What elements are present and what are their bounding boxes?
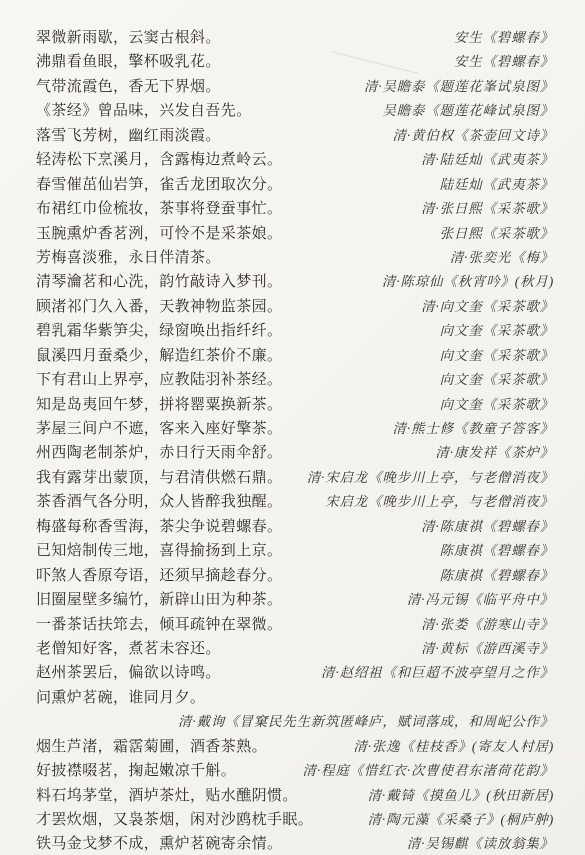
verse-text: 赵州茶罢后，偏欲以诗鸣。 [36, 661, 221, 682]
source-attribution: 清·陆廷灿《武夷茶》 [421, 148, 554, 168]
source-attribution: 向文奎《采茶歌》 [440, 319, 554, 339]
poem-row: 下有君山上界亭，应教陆羽补茶经。向文奎《采茶歌》 [36, 368, 554, 392]
source-attribution: 清·陈康祺《碧螺春》 [421, 515, 554, 535]
verse-text: 老僧知好客，煮茗未容还。 [36, 637, 221, 658]
verse-text: 料石坞茅堂，酒垆茶灶，贴水醮阴惯。 [36, 784, 298, 805]
verse-text: 翠微新雨歇，云窦古根斜。 [36, 26, 221, 47]
poem-row: 落雪飞芳树，幽红雨淡霞。清·黄伯权《茶壶回文诗》 [36, 124, 554, 148]
poem-row: 玉腕熏炉香茗洌，可怜不是采茶娘。张日熙《采茶歌》 [36, 222, 554, 246]
source-attribution: 安生《碧螺春》 [454, 26, 554, 46]
poem-row: 问熏炉茗碗，谁同月夕。 [36, 686, 554, 710]
verse-text: 春雪催茁仙岩笋，雀舌龙团取次分。 [36, 173, 282, 194]
verse-text: 才罢炊烟，又袅茶烟，闲对沙鸥枕手眠。 [36, 808, 313, 829]
poem-row: 碧乳霜华紫笋尖，绿窗唤出指纤纤。向文奎《采茶歌》 [36, 319, 554, 343]
poem-row: 顾渚祁门久入番，天教神物监茶园。清·向文奎《采茶歌》 [36, 295, 554, 319]
source-attribution: 向文奎《采茶歌》 [440, 344, 554, 364]
poem-row: 旧圈屋壁多编竹，新辟山田为种茶。清·冯元锡《临平舟中》 [36, 588, 554, 612]
verse-text: 旧圈屋壁多编竹，新辟山田为种茶。 [36, 588, 282, 609]
poem-row: 春雪催茁仙岩笋，雀舌龙团取次分。陆廷灿《武夷茶》 [36, 173, 554, 197]
verse-text: 碧乳霜华紫笋尖，绿窗唤出指纤纤。 [36, 319, 282, 340]
verse-text: 铁马金戈梦不成，熏炉茗碗寄余情。 [36, 832, 282, 853]
source-attribution: 清·陈琼仙《秋宵吟》(秋月) [382, 270, 554, 290]
poem-row: 烟生芦渚，霜霑菊圃，酒香茶熟。清·张逸《桂枝香》(寄友人村居) [36, 735, 554, 759]
source-attribution: 陈康祺《碧螺春》 [440, 564, 554, 584]
verse-text: 茅屋三间户不遮，客来入座好擎茶。 [36, 417, 282, 438]
source-attribution: 清·张奕光《梅》 [450, 246, 554, 266]
source-attribution: 清·熊士修《教童子答客》 [393, 417, 554, 437]
verse-text: 下有君山上界亭，应教陆羽补茶经。 [36, 368, 282, 389]
source-attribution: 清·张娄《游寒山寺》 [421, 613, 554, 633]
poem-row: 梅盛每称香雪海，茶尖争说碧螺春。清·陈康祺《碧螺春》 [36, 515, 554, 539]
poem-row: 茅屋三间户不遮，客来入座好擎茶。清·熊士修《教童子答客》 [36, 417, 554, 441]
verse-text: 鼠溪四月蚕桑少，解造红茶价不廉。 [36, 344, 282, 365]
source-attribution: 陈康祺《碧螺春》 [440, 539, 554, 559]
source-attribution: 清·陶元藻《采桑子》(桐庐舯) [368, 808, 554, 828]
source-attribution: 向文奎《采茶歌》 [440, 393, 554, 413]
poem-row: 清琴瀹茗和心洗，韵竹敲诗入梦刊。清·陈琼仙《秋宵吟》(秋月) [36, 270, 554, 294]
poem-row: 州西陶老制茶炉，赤日行天雨伞舒。清·康发祥《茶炉》 [36, 441, 554, 465]
verse-text: 问熏炉茗碗，谁同月夕。 [36, 686, 205, 707]
poem-row: 赵州茶罢后，偏欲以诗鸣。清·赵绍祖《和巨超不波亭望月之作》 [36, 661, 554, 685]
source-attribution: 清·向文奎《采茶歌》 [421, 295, 554, 315]
verse-text: 沸鼎看鱼眼，擎杯吸乳花。 [36, 50, 221, 71]
source-attribution: 宋启龙《晚步川上亭，与老僧消夜》 [325, 490, 554, 510]
poetry-quote-page: 翠微新雨歇，云窦古根斜。安生《碧螺春》沸鼎看鱼眼，擎杯吸乳花。安生《碧螺春》气带… [36, 26, 554, 855]
poem-row: 我有露芽出蒙顶，与君清供燃石鼎。清·宋启龙《晚步川上亭，与老僧消夜》 [36, 466, 554, 490]
source-attribution: 安生《碧螺春》 [454, 50, 554, 70]
verse-text: 芳梅喜淡雅，永日伴清茶。 [36, 246, 221, 267]
verse-text: 州西陶老制茶炉，赤日行天雨伞舒。 [36, 441, 282, 462]
poem-row: 老僧知好客，煮茗未容还。清·黄标《游西溪寺》 [36, 637, 554, 661]
source-attribution: 清·张逸《桂枝香》(寄友人村居) [353, 735, 554, 755]
verse-text: 落雪飞芳树，幽红雨淡霞。 [36, 124, 221, 145]
poem-row: 《茶经》曾品味，兴发自吾先。吴瞻泰《题莲花峰试泉图》 [36, 99, 554, 123]
source-attribution: 清·戴询《冒窠民先生新筑匿峰庐，赋词落成，和周屺公作》 [178, 710, 554, 730]
poem-row: 铁马金戈梦不成，熏炉茗碗寄余情。清·吴锡麒《读放翁集》 [36, 832, 554, 855]
source-attribution: 清·张日熙《采茶歌》 [421, 197, 554, 217]
verse-text: 茶香酒气各分明，众人皆醉我独醒。 [36, 490, 282, 511]
poem-row: 好披襟啜茗，掬起嫩凉千斛。清·程庭《惜红衣·次曹使君东渚荷花韵》 [36, 759, 554, 783]
verse-text: 梅盛每称香雪海，茶尖争说碧螺春。 [36, 515, 282, 536]
verse-text: 已知焙制传三地，喜得揄扬到上京。 [36, 539, 282, 560]
poem-row: 布裙红巾俭梳妆，茶事将登蚕事忙。清·张日熙《采茶歌》 [36, 197, 554, 221]
verse-text: 清琴瀹茗和心洗，韵竹敲诗入梦刊。 [36, 270, 282, 291]
source-attribution: 清·冯元锡《临平舟中》 [407, 588, 554, 608]
poem-row: 知是岛夷回午梦，拼将罂粟换新茶。向文奎《采茶歌》 [36, 393, 554, 417]
verse-text: 《茶经》曾品味，兴发自吾先。 [36, 99, 252, 120]
verse-text: 玉腕熏炉香茗洌，可怜不是采茶娘。 [36, 222, 282, 243]
verse-text: 知是岛夷回午梦，拼将罂粟换新茶。 [36, 393, 282, 414]
poem-row: 芳梅喜淡雅，永日伴清茶。清·张奕光《梅》 [36, 246, 554, 270]
verse-text: 一番茶话扶筇去，倾耳疏钟在翠微。 [36, 613, 282, 634]
poem-row: 鼠溪四月蚕桑少，解造红茶价不廉。向文奎《采茶歌》 [36, 344, 554, 368]
verse-text: 我有露芽出蒙顶，与君清供燃石鼎。 [36, 466, 282, 487]
source-attribution: 吴瞻泰《题莲花峰试泉图》 [382, 99, 554, 119]
poem-row: 翠微新雨歇，云窦古根斜。安生《碧螺春》 [36, 26, 554, 50]
verse-text: 好披襟啜茗，掬起嫩凉千斛。 [36, 759, 236, 780]
poem-row: 已知焙制传三地，喜得揄扬到上京。陈康祺《碧螺春》 [36, 539, 554, 563]
poem-row: 才罢炊烟，又袅茶烟，闲对沙鸥枕手眠。清·陶元藻《采桑子》(桐庐舯) [36, 808, 554, 832]
verse-text: 烟生芦渚，霜霑菊圃，酒香茶熟。 [36, 735, 267, 756]
poem-row: 一番茶话扶筇去，倾耳疏钟在翠微。清·张娄《游寒山寺》 [36, 613, 554, 637]
source-attribution: 清·宋启龙《晚步川上亭，与老僧消夜》 [307, 466, 554, 486]
poem-row: 料石坞茅堂，酒垆茶灶，贴水醮阴惯。清·戴锜《摸鱼儿》(秋田新居) [36, 784, 554, 808]
poem-row: 吓煞人香原夸语，还须早摘趁春分。陈康祺《碧螺春》 [36, 564, 554, 588]
verse-text: 轻涛松下烹溪月，含露梅边煮岭云。 [36, 148, 282, 169]
verse-text: 气带流霞色，香无下界烟。 [36, 75, 221, 96]
source-attribution: 清·戴锜《摸鱼儿》(秋田新居) [368, 784, 554, 804]
source-attribution: 清·吴锡麒《读放翁集》 [407, 832, 554, 852]
source-attribution: 清·程庭《惜红衣·次曹使君东渚荷花韵》 [303, 759, 554, 779]
verse-text: 布裙红巾俭梳妆，茶事将登蚕事忙。 [36, 197, 282, 218]
source-attribution: 清·黄伯权《茶壶回文诗》 [393, 124, 554, 144]
source-attribution: 清·康发祥《茶炉》 [435, 441, 554, 461]
poem-row: 清·戴询《冒窠民先生新筑匿峰庐，赋词落成，和周屺公作》 [36, 710, 554, 734]
source-attribution: 清·吴瞻泰《题莲花峯试泉图》 [364, 75, 554, 95]
poem-row: 沸鼎看鱼眼，擎杯吸乳花。安生《碧螺春》 [36, 50, 554, 74]
source-attribution: 清·赵绍祖《和巨超不波亭望月之作》 [321, 661, 554, 681]
verse-text: 吓煞人香原夸语，还须早摘趁春分。 [36, 564, 282, 585]
poem-row: 气带流霞色，香无下界烟。清·吴瞻泰《题莲花峯试泉图》 [36, 75, 554, 99]
poem-row: 轻涛松下烹溪月，含露梅边煮岭云。清·陆廷灿《武夷茶》 [36, 148, 554, 172]
source-attribution: 张日熙《采茶歌》 [440, 222, 554, 242]
source-attribution: 向文奎《采茶歌》 [440, 368, 554, 388]
verse-text: 顾渚祁门久入番，天教神物监茶园。 [36, 295, 282, 316]
source-attribution: 陆廷灿《武夷茶》 [440, 173, 554, 193]
source-attribution: 清·黄标《游西溪寺》 [421, 637, 554, 657]
poem-row: 茶香酒气各分明，众人皆醉我独醒。宋启龙《晚步川上亭，与老僧消夜》 [36, 490, 554, 514]
